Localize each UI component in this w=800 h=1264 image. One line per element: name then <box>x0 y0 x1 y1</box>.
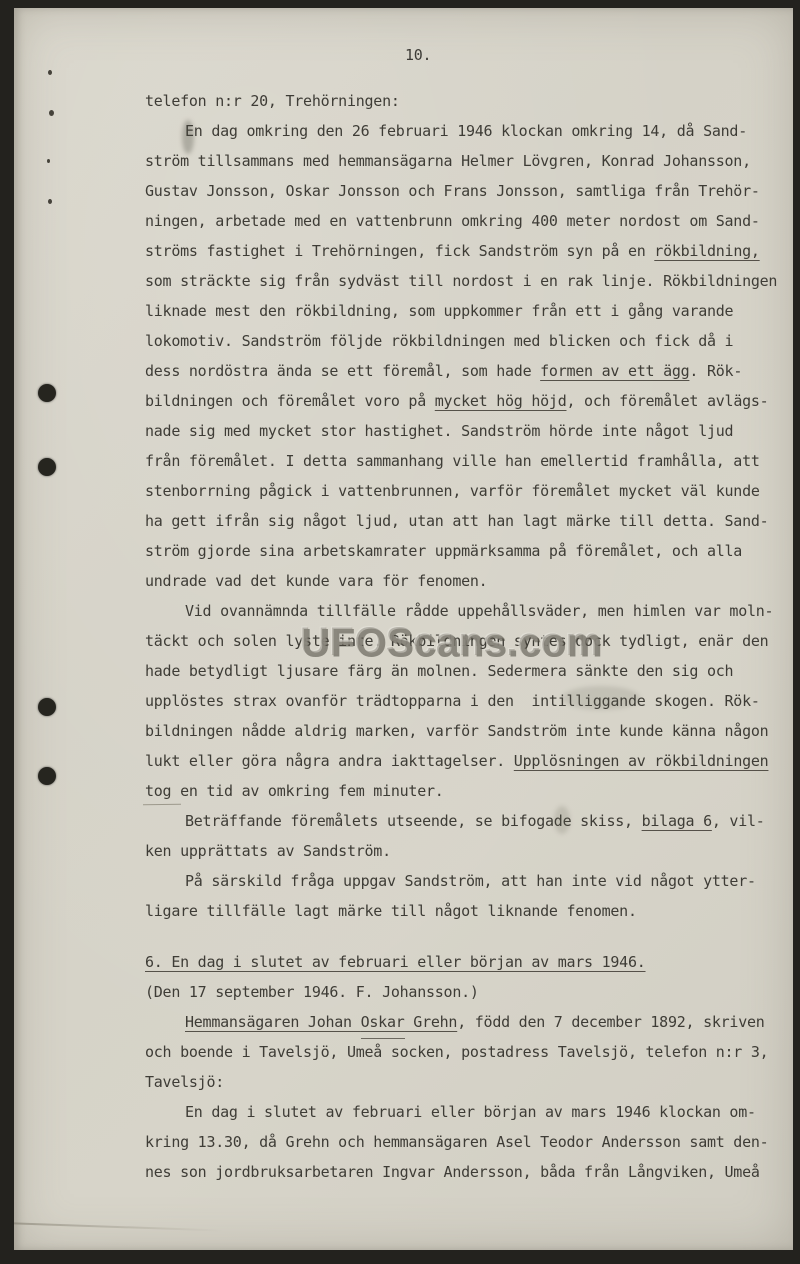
text-segment: bildningen och föremålet voro på <box>145 392 435 410</box>
text-segment: lokomotiv. Sandström följde rökbildninge… <box>145 332 733 350</box>
text-segment: från föremålet. I detta sammanhang ville… <box>145 452 760 470</box>
text-line: På särskild fråga uppgav Sandström, att … <box>145 866 800 896</box>
text-line: En dag omkring den 26 februari 1946 kloc… <box>145 116 800 146</box>
text-segment: Tavelsjö: <box>145 1073 224 1091</box>
text-line: kring 13.30, då Grehn och hemmansägaren … <box>145 1127 800 1157</box>
underlined-text: Hemmansägaren Johan <box>185 1013 361 1031</box>
text-segment: liknade mest den rökbildning, som uppkom… <box>145 302 733 320</box>
text-line: ström tillsammans med hemmansägarna Helm… <box>145 146 800 176</box>
text-line: ström gjorde sina arbetskamrater uppmärk… <box>145 536 800 566</box>
text-segment: , född den 7 december 1892, skriven <box>457 1013 764 1031</box>
text-segment: ström tillsammans med hemmansägarna Helm… <box>145 152 751 170</box>
watermark-text: UFOScans.com <box>300 620 560 665</box>
text-segment: nes son jordbruksarbetaren Ingvar Anders… <box>145 1163 760 1181</box>
text-segment: som sträckte sig från sydväst till nordo… <box>145 272 777 290</box>
text-line: lokomotiv. Sandström följde rökbildninge… <box>145 326 800 356</box>
text-segment: ström gjorde sina arbetskamrater uppmärk… <box>145 542 742 560</box>
hole-punch <box>38 458 56 476</box>
text-line: Gustav Jonsson, Oskar Jonsson och Frans … <box>145 176 800 206</box>
text-line: (Den 17 september 1946. F. Johansson.) <box>145 977 800 1007</box>
text-line: stenborrning pågick i vattenbrunnen, var… <box>145 476 800 506</box>
text-segment: Vid ovannämnda tillfälle rådde uppehålls… <box>185 602 773 620</box>
text-line: bildningen och föremålet voro på mycket … <box>145 386 800 416</box>
text-line: telefon n:r 20, Trehörningen: <box>145 86 800 116</box>
text-segment: , och föremålet avlägs- <box>566 392 768 410</box>
page-number: 10. <box>405 46 431 64</box>
text-segment: På särskild fråga uppgav Sandström, att … <box>185 872 756 890</box>
text-segment: En dag omkring den 26 februari 1946 kloc… <box>185 122 747 140</box>
text-line: Tavelsjö: <box>145 1067 800 1097</box>
text-segment: dess nordöstra ända se ett föremål, som … <box>145 362 540 380</box>
text-segment: . Rök- <box>689 362 742 380</box>
text-line: lukt eller göra några andra iakttagelser… <box>145 746 800 776</box>
scanned-page: 10. telefon n:r 20, Trehörningen:En dag … <box>14 8 793 1250</box>
text-line: ken upprättats av Sandström. <box>145 836 800 866</box>
text-line: liknade mest den rökbildning, som uppkom… <box>145 296 800 326</box>
underlined-text: 6. En dag i slutet av februari eller bör… <box>145 953 646 971</box>
text-segment: stenborrning pågick i vattenbrunnen, var… <box>145 482 760 500</box>
underlined-text: Grehn <box>405 1013 458 1031</box>
text-segment: nade sig med mycket stor hastighet. Sand… <box>145 422 733 440</box>
ink-smudge <box>182 120 194 154</box>
text-line: ströms fastighet i Trehörningen, fick Sa… <box>145 236 800 266</box>
margin-speck <box>49 110 54 116</box>
text-line: nes son jordbruksarbetaren Ingvar Anders… <box>145 1157 800 1187</box>
text-segment: ligare tillfälle lagt märke till något l… <box>145 902 637 920</box>
text-segment: ha gett ifrån sig något ljud, utan att h… <box>145 512 768 530</box>
underlined-text: Upplösningen av rökbildningen <box>514 752 769 770</box>
text-segment: kring 13.30, då Grehn och hemmansägaren … <box>145 1133 768 1151</box>
text-segment: Gustav Jonsson, Oskar Jonsson och Frans … <box>145 182 760 200</box>
text-segment: telefon n:r 20, Trehörningen: <box>145 92 400 110</box>
margin-speck <box>47 159 50 163</box>
underlined-text: Oskar <box>361 1013 405 1031</box>
text-segment: och boende i Tavelsjö, Umeå socken, post… <box>145 1043 768 1061</box>
underlined-text: formen av ett ägg <box>540 362 689 380</box>
paper-crease <box>14 1222 224 1231</box>
underlined-text: rökbildning, <box>654 242 759 260</box>
text-line: ningen, arbetade med en vattenbrunn omkr… <box>145 206 800 236</box>
text-line: tog en tid av omkring fem minuter. <box>145 776 800 806</box>
text-line: dess nordöstra ända se ett föremål, som … <box>145 356 800 386</box>
text-line: upplöstes strax ovanför trädtopparna i d… <box>145 686 800 716</box>
text-segment: tog <box>145 782 171 800</box>
text-segment: , vil- <box>712 812 765 830</box>
erasure-smudge <box>562 686 640 710</box>
text-segment: undrade vad det kunde vara för fenomen. <box>145 572 487 590</box>
hole-punch <box>38 698 56 716</box>
text-line: som sträckte sig från sydväst till nordo… <box>145 266 800 296</box>
text-line: Hemmansägaren Johan Oskar Grehn, född de… <box>145 1007 800 1037</box>
ink-smudge <box>554 806 570 834</box>
text-segment: lukt eller göra några andra iakttagelser… <box>145 752 514 770</box>
margin-speck <box>48 70 52 75</box>
text-segment: upplöstes strax ovanför trädtopparna i d… <box>145 692 760 710</box>
text-line: 6. En dag i slutet av februari eller bör… <box>145 947 800 977</box>
text-line: Beträffande föremålets utseende, se bifo… <box>145 806 800 836</box>
text-line: från föremålet. I detta sammanhang ville… <box>145 446 800 476</box>
text-segment: (Den 17 september 1946. F. Johansson.) <box>145 983 479 1001</box>
underlined-text: bilaga 6 <box>642 812 712 830</box>
margin-speck <box>48 199 52 204</box>
hole-punch <box>38 767 56 785</box>
text-segment: ningen, arbetade med en vattenbrunn omkr… <box>145 212 760 230</box>
text-segment: ken upprättats av Sandström. <box>145 842 391 860</box>
text-segment: bildningen nådde aldrig marken, varför S… <box>145 722 768 740</box>
text-line: nade sig med mycket stor hastighet. Sand… <box>145 416 800 446</box>
text-segment: ströms fastighet i Trehörningen, fick Sa… <box>145 242 654 260</box>
text-line: bildningen nådde aldrig marken, varför S… <box>145 716 800 746</box>
hole-punch <box>38 384 56 402</box>
underlined-text: mycket hög höjd <box>435 392 567 410</box>
text-line: ha gett ifrån sig något ljud, utan att h… <box>145 506 800 536</box>
text-line: och boende i Tavelsjö, Umeå socken, post… <box>145 1037 800 1067</box>
text-segment: en tid av omkring fem minuter. <box>171 782 443 800</box>
text-line: ligare tillfälle lagt märke till något l… <box>145 896 800 926</box>
text-line: En dag i slutet av februari eller början… <box>145 1097 800 1127</box>
text-segment: Beträffande föremålets utseende, se bifo… <box>185 812 642 830</box>
text-line: undrade vad det kunde vara för fenomen. <box>145 566 800 596</box>
text-segment: En dag i slutet av februari eller början… <box>185 1103 756 1121</box>
